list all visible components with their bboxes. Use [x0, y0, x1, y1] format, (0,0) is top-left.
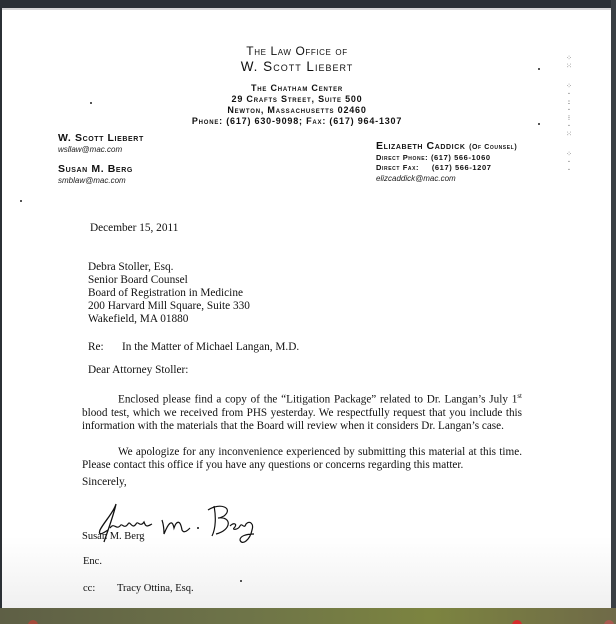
- letter-date: December 15, 2011: [90, 222, 178, 235]
- attorney-name: W. Scott Liebert: [58, 132, 144, 144]
- recipient-line: Wakefield, MA 01880: [88, 313, 250, 326]
- letterhead-phone-fax: Phone: (617) 630-9098; Fax: (617) 964-13…: [2, 116, 592, 126]
- recipient-line: Debra Stoller, Esq.: [88, 261, 250, 274]
- of-counsel-block: Elizabeth Caddick (Of Counsel): [376, 140, 517, 152]
- of-counsel-name: Elizabeth Caddick: [376, 140, 466, 152]
- re-label: Re:: [88, 341, 104, 354]
- dock-icon: [604, 620, 614, 624]
- recipient-line: Board of Registration in Medicine: [88, 287, 250, 300]
- scan-speck: [90, 102, 92, 104]
- letterhead-line1: The Law Office of: [2, 44, 592, 58]
- cc-recipient: Tracy Ottina, Esq.: [117, 582, 194, 595]
- signer-name: Susan M. Berg: [82, 530, 145, 543]
- attorney-name: Susan M. Berg: [58, 163, 133, 175]
- letterhead-firm-name: W. Scott Liebert: [2, 59, 592, 74]
- scan-artifact-marks: ⁘⁙ ⁘·:·⁝·⁙ ⁘··: [564, 54, 574, 174]
- salutation: Dear Attorney Stoller:: [88, 364, 188, 377]
- window-edge: [611, 0, 616, 608]
- cc-label: cc:: [83, 582, 95, 595]
- recipient-address: Debra Stoller, Esq. Senior Board Counsel…: [88, 261, 250, 326]
- body-paragraph-1: Enclosed please find a copy of the “Liti…: [82, 390, 522, 433]
- body-paragraph-2: We apologize for any inconvenience exper…: [82, 446, 522, 472]
- scan-speck: [20, 200, 22, 202]
- dock-icon: [28, 620, 38, 624]
- of-counsel-email: elizcaddick@mac.com: [376, 174, 456, 183]
- dock-icon: [512, 620, 522, 624]
- scan-speck: [538, 68, 540, 70]
- enclosure-notation: Enc.: [83, 555, 102, 568]
- scan-speck: [538, 123, 540, 125]
- attorney-email: wsllaw@mac.com: [58, 145, 122, 154]
- closing: Sincerely,: [82, 476, 127, 489]
- scan-speck: [240, 580, 242, 582]
- recipient-line: Senior Board Counsel: [88, 274, 250, 287]
- letterhead-address-line: Newton, Massachusetts 02460: [2, 105, 592, 115]
- letterhead-address-line: The Chatham Center: [2, 83, 592, 93]
- direct-fax: Direct Fax: (617) 566-1207: [376, 163, 492, 172]
- direct-phone: Direct Phone: (617) 566-1060: [376, 153, 491, 162]
- handwritten-signature: [94, 500, 264, 551]
- desktop-background: [0, 608, 616, 624]
- of-counsel-title: (Of Counsel): [469, 144, 517, 151]
- letter-page: The Law Office of W. Scott Liebert The C…: [2, 8, 611, 608]
- re-subject: In the Matter of Michael Langan, M.D.: [122, 341, 299, 354]
- attorney-email: smblaw@mac.com: [58, 176, 126, 185]
- recipient-line: 200 Harvard Mill Square, Suite 330: [88, 300, 250, 313]
